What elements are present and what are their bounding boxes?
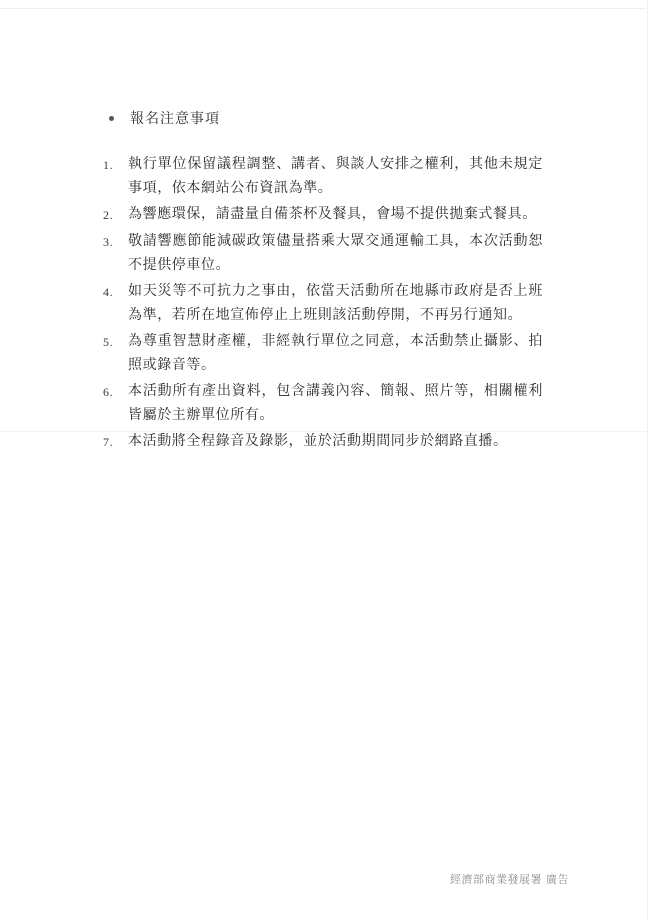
notice-text: 如天災等不可抗力之事由，依當天活動所在地縣市政府是否上班為準，若所在地宣佈停止上… — [128, 279, 543, 327]
bullet-icon — [109, 116, 114, 121]
notice-text: 本活動所有產出資料，包含講義內容、簡報、照片等，相關權利皆屬於主辦單位所有。 — [128, 379, 543, 427]
notice-item: 2. 為響應環保，請盡量自備茶杯及餐具，會場不提供拋棄式餐具。 — [103, 202, 543, 227]
notice-item: 1. 執行單位保留議程調整、講者、與談人安排之權利，其他未規定事項，依本網站公布… — [103, 152, 543, 200]
notice-item: 6. 本活動所有產出資料，包含講義內容、簡報、照片等，相關權利皆屬於主辦單位所有… — [103, 379, 543, 427]
notice-text: 本活動將全程錄音及錄影，並於活動期間同步於網路直播。 — [128, 429, 543, 454]
notice-text: 為響應環保，請盡量自備茶杯及餐具，會場不提供拋棄式餐具。 — [128, 202, 543, 227]
notice-number: 1. — [103, 152, 128, 200]
notice-list: 1. 執行單位保留議程調整、講者、與談人安排之權利，其他未規定事項，依本網站公布… — [103, 152, 543, 454]
page-top-edge — [0, 8, 646, 9]
section-heading-text: 報名注意事項 — [130, 108, 220, 128]
footer-signature: 經濟部商業發展署 廣告 — [450, 871, 569, 887]
notice-text: 執行單位保留議程調整、講者、與談人安排之權利，其他未規定事項，依本網站公布資訊為… — [128, 152, 543, 200]
notice-number: 5. — [103, 329, 128, 377]
section-heading: 報名注意事項 — [108, 108, 220, 128]
notice-number: 6. — [103, 379, 128, 427]
notice-item: 3. 敬請響應節能減碳政策儘量搭乘大眾交通運輸工具，本次活動恕不提供停車位。 — [103, 229, 543, 277]
notice-text: 敬請響應節能減碳政策儘量搭乘大眾交通運輸工具，本次活動恕不提供停車位。 — [128, 229, 543, 277]
notice-number: 2. — [103, 202, 128, 227]
notice-text: 為尊重智慧財產權，非經執行單位之同意，本活動禁止攝影、拍照或錄音等。 — [128, 329, 543, 377]
notice-number: 3. — [103, 229, 128, 277]
page-right-edge — [647, 0, 648, 919]
notice-number: 4. — [103, 279, 128, 327]
notice-number: 7. — [103, 429, 128, 454]
notice-item: 7. 本活動將全程錄音及錄影，並於活動期間同步於網路直播。 — [103, 429, 543, 454]
notice-item: 5. 為尊重智慧財產權，非經執行單位之同意，本活動禁止攝影、拍照或錄音等。 — [103, 329, 543, 377]
notice-item: 4. 如天災等不可抗力之事由，依當天活動所在地縣市政府是否上班為準，若所在地宣佈… — [103, 279, 543, 327]
